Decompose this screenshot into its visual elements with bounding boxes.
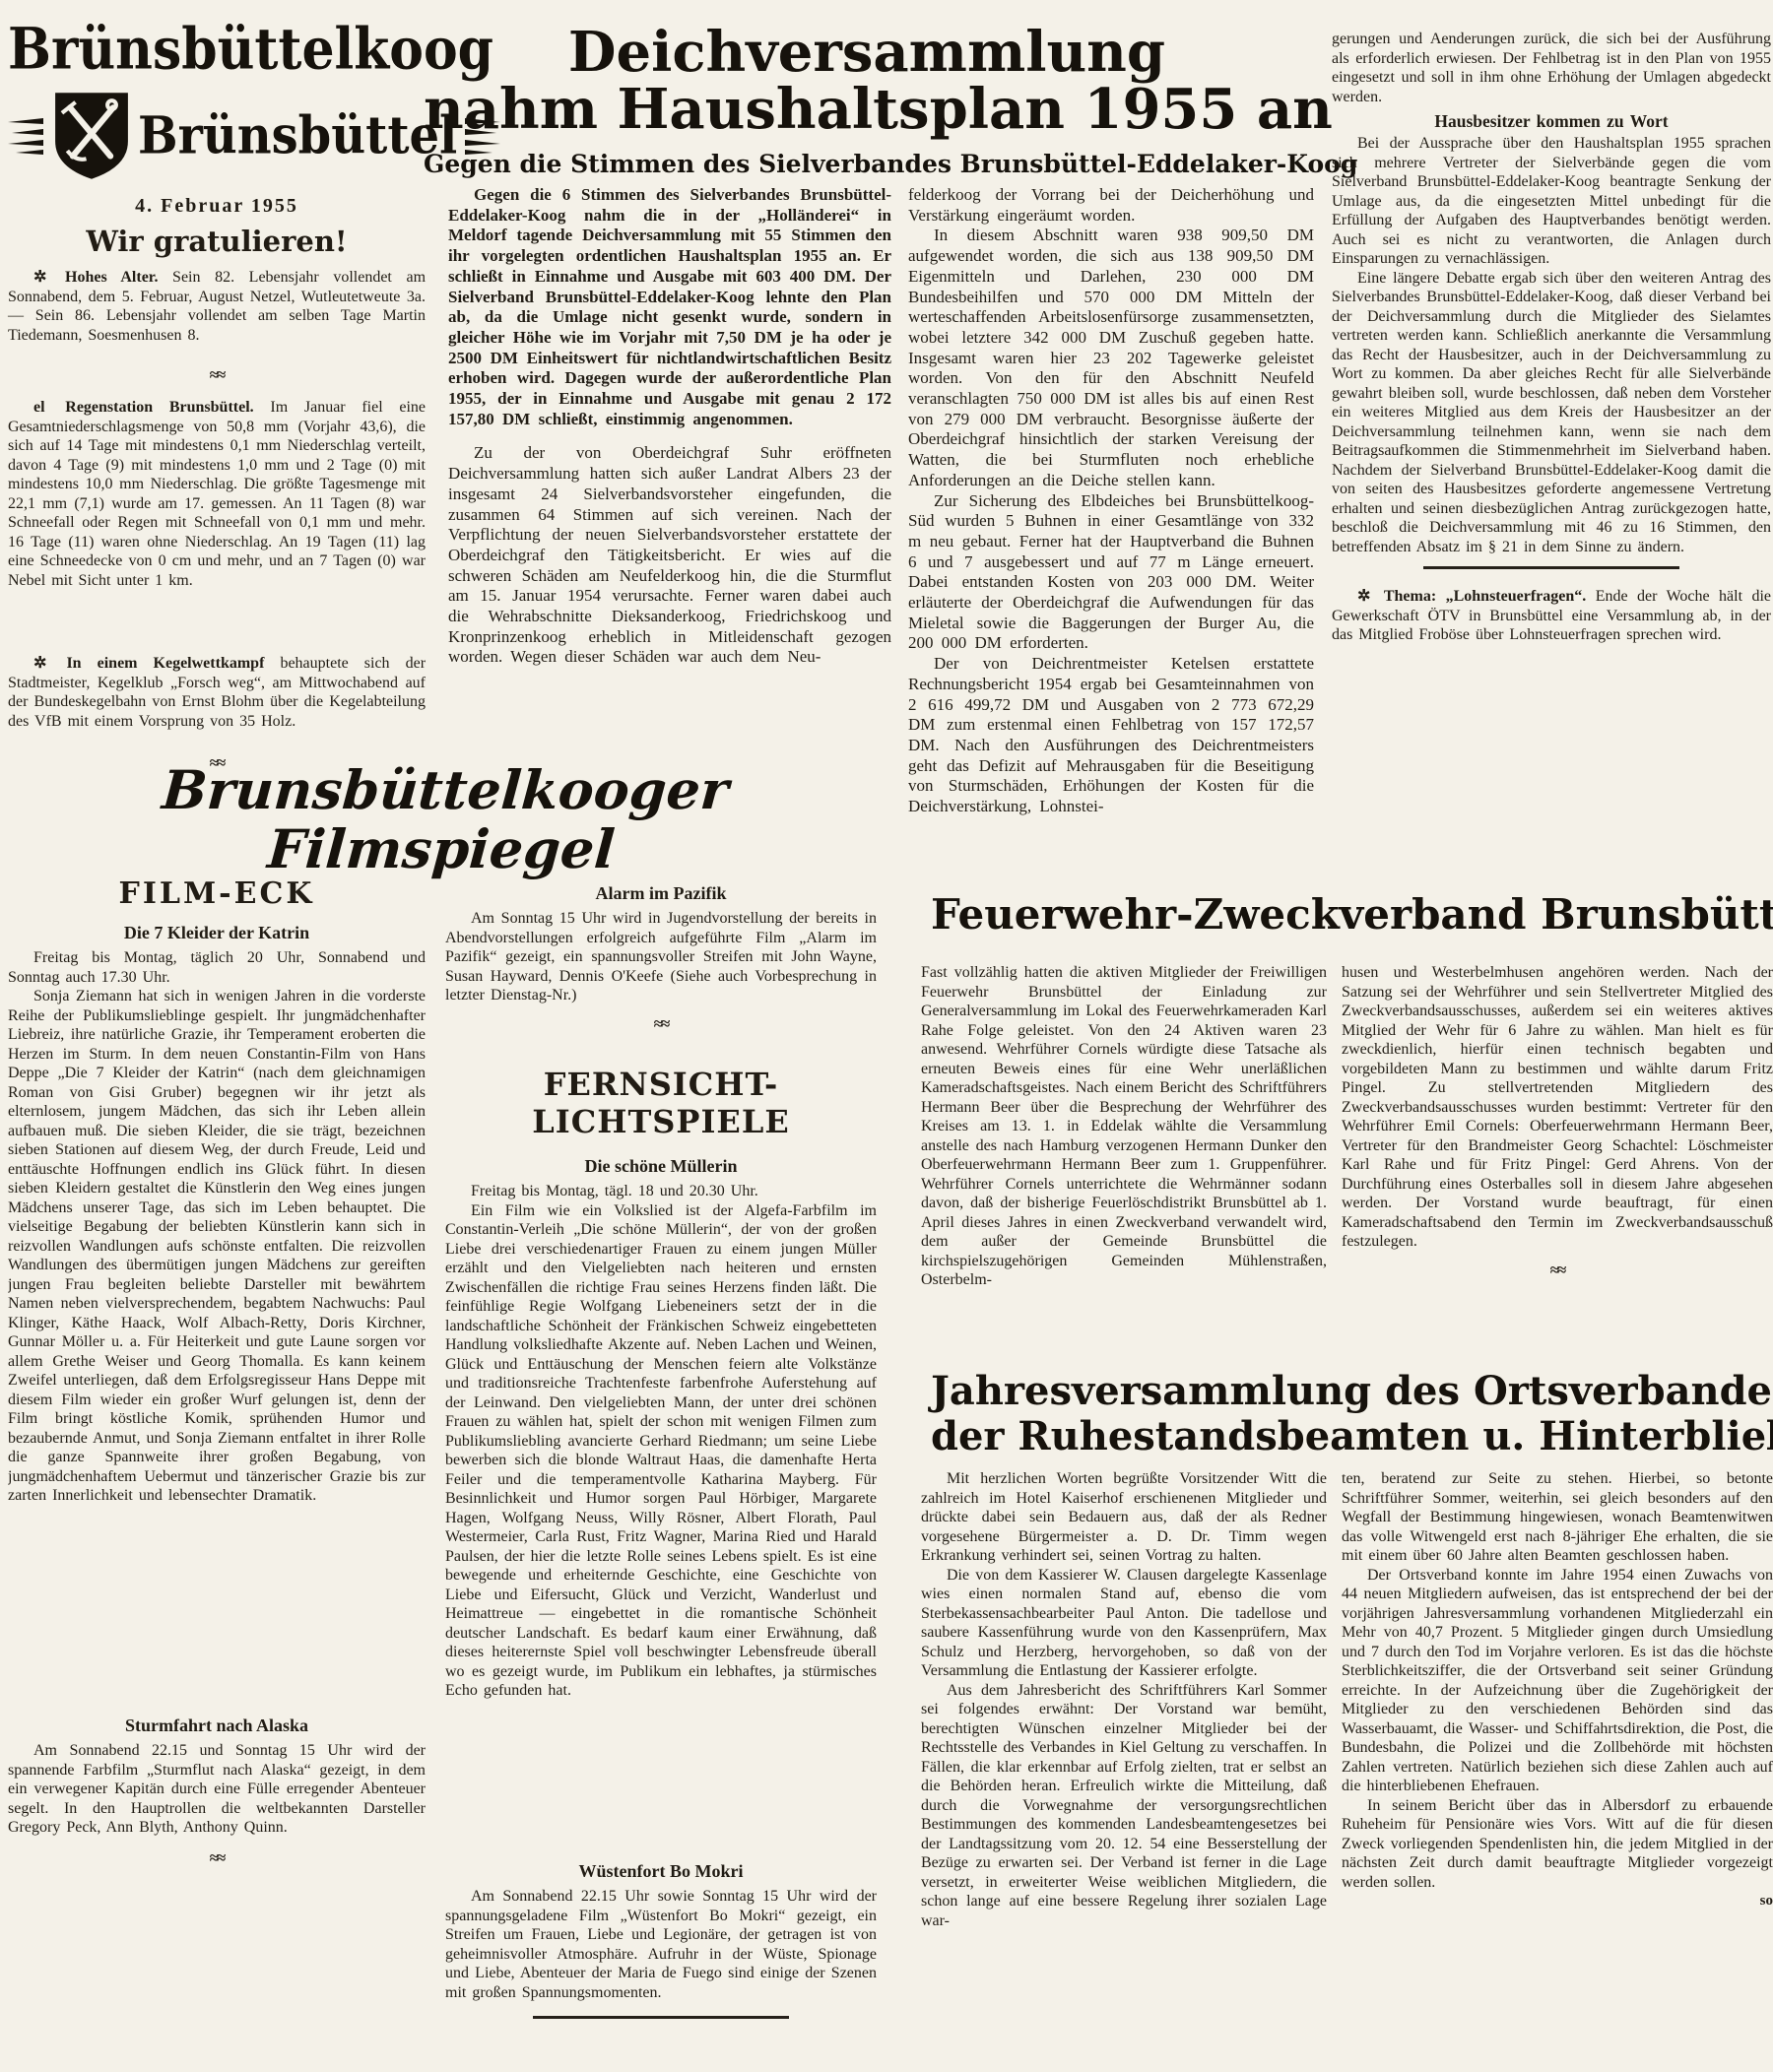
item-text: Im Januar fiel eine Gesamtniederschlagsm… <box>8 399 426 589</box>
deich-paragraph: In diesem Abschnitt waren 938 909,50 DM … <box>908 226 1314 490</box>
film-title-alaska: Sturmfahrt nach Alaska <box>8 1714 426 1737</box>
deich-headline-line1: Deichversammlung <box>424 24 1310 81</box>
film-review: Am Sonnabend 22.15 Uhr sowie Sonntag 15 … <box>445 1887 877 2002</box>
film-review: Am Sonnabend 22.15 und Sonntag 15 Uhr wi… <box>8 1741 426 1838</box>
jahres-headline-line2: der Ruhestandsbeamten u. Hinterbliebenen <box>931 1414 1773 1459</box>
item-lead: In einem Kegelwettkampf <box>66 655 264 672</box>
deich-article-header: Deichversammlung nahm Haushaltsplan 1955… <box>424 24 1310 179</box>
filmspiegel-title: Brunsbüttelkooger Filmspiegel <box>55 760 831 878</box>
film-title-muellerin: Die schöne Müllerin <box>445 1154 877 1178</box>
deich-subheadline: Gegen die Stimmen des Sielverbandes Brun… <box>424 150 1310 179</box>
page-continuation-mark: so <box>1342 1892 1773 1911</box>
speed-lines-left-icon <box>8 116 45 156</box>
lohnsteuer-item: ✲ Thema: „Lohnsteuerfragen“. Ende der Wo… <box>1332 587 1771 645</box>
film-review: Sonja Ziemann hat sich in wenigen Jahren… <box>8 987 426 1506</box>
issue-date: 4. Februar 1955 <box>8 195 426 218</box>
film-review: Am Sonntag 15 Uhr wird in Jugendvorstell… <box>445 909 877 1005</box>
item-star: el <box>33 399 49 416</box>
gratulieren-item-hohes-alter: ✲ Hohes Alter. Sein 82. Lebensjahr volle… <box>8 268 426 345</box>
masthead-title-line2: Brünsbüttel <box>138 105 457 166</box>
film-title-pazifik: Alarm im Pazifik <box>445 881 877 905</box>
jahres-headline: Jahresversammlung des Ortsverbandes der … <box>931 1369 1773 1459</box>
rule-divider <box>1423 566 1679 569</box>
item-star-icon: ✲ <box>33 655 50 672</box>
deich-paragraph: Eine längere Debatte ergab sich über den… <box>1332 269 1771 557</box>
deich-headline-line2: nahm Haushaltsplan 1955 an <box>424 81 1310 138</box>
wuestenfort-section: Wüstenfort Bo Mokri Am Sonnabend 22.15 U… <box>445 1859 877 2019</box>
jahres-headline-line1: Jahresversammlung des Ortsverbandes <box>931 1369 1773 1414</box>
rule-divider <box>533 2016 789 2019</box>
filmeck-section: FILM-ECK Die 7 Kleider der Katrin Freita… <box>8 876 426 1506</box>
alarm-pazifik-section: Alarm im Pazifik Am Sonntag 15 Uhr wird … <box>445 881 877 1031</box>
masthead-title-line1: Brünsbüttelkoog <box>8 18 426 82</box>
film-title-katrin: Die 7 Kleider der Katrin <box>8 921 426 944</box>
squiggle-divider: ≈≈ <box>445 1017 877 1031</box>
film-times: Freitag bis Montag, täglich 20 Uhr, Sonn… <box>8 948 426 987</box>
feuerwehr-column-1: Fast vollzählig hatten die aktiven Mitgl… <box>921 963 1327 1359</box>
filmeck-heading: FILM-ECK <box>8 876 426 911</box>
regenstation-item: el Regenstation Brunsbüttel. Im Januar f… <box>8 398 426 590</box>
item-lead: Thema: „Lohnsteuerfragen“. <box>1384 588 1586 605</box>
city-crest-icon <box>51 89 132 183</box>
jahres-paragraph: Der Ortsverband konnte im Jahre 1954 ein… <box>1342 1566 1773 1796</box>
film-title-bomokri: Wüstenfort Bo Mokri <box>445 1859 877 1883</box>
jahres-paragraph: Die von dem Kassierer W. Clausen dargele… <box>921 1566 1327 1681</box>
masthead: Brünsbüttelkoog <box>8 18 426 183</box>
deich-paragraph: Der von Deichrentmeister Ketelsen erstat… <box>908 654 1314 817</box>
gratulieren-heading: Wir gratulieren! <box>8 225 426 258</box>
jahres-paragraph: Aus dem Jahresbericht des Schriftführers… <box>921 1681 1327 1931</box>
deich-paragraph: gerungen und Aenderungen zurück, die sic… <box>1332 30 1771 106</box>
deich-column-3: gerungen und Aenderungen zurück, die sic… <box>1332 30 1771 878</box>
jahres-paragraph: In seinem Bericht über das in Albersdorf… <box>1342 1796 1773 1893</box>
jahres-paragraph: Mit herzlichen Worten begrüßte Vorsitzen… <box>921 1469 1327 1566</box>
jahres-column-1: Mit herzlichen Worten begrüßte Vorsitzen… <box>921 1469 1327 2066</box>
item-star-icon: ✲ <box>33 269 50 286</box>
deich-lead-paragraph: Gegen die 6 Stimmen des Sielverbandes Br… <box>448 185 891 429</box>
film-review: Ein Film wie ein Volkslied ist der Algef… <box>445 1201 877 1701</box>
item-star-icon: ✲ <box>1357 588 1374 605</box>
squiggle-divider: ≈≈ <box>8 368 426 382</box>
deich-paragraph: felderkoog der Vorrang bei der Deicherhö… <box>908 185 1314 226</box>
deich-column-2: felderkoog der Vorrang bei der Deicherhö… <box>908 185 1314 888</box>
item-lead: Regenstation Brunsbüttel. <box>65 399 253 416</box>
kegelwettkampf-item: ✲ In einem Kegelwettkampf behauptete sic… <box>8 654 426 731</box>
sturmfahrt-section: Sturmfahrt nach Alaska Am Sonnabend 22.1… <box>8 1714 426 1865</box>
jahres-column-2: ten, beratend zur Seite zu stehen. Hierb… <box>1342 1469 1773 2066</box>
feuerwehr-paragraph: Fast vollzählig hatten die aktiven Mitgl… <box>921 963 1327 1290</box>
deich-paragraph: Bei der Aussprache über den Haushaltspla… <box>1332 134 1771 269</box>
film-times: Freitag bis Montag, tägl. 18 und 20.30 U… <box>445 1182 877 1201</box>
jahres-paragraph: ten, beratend zur Seite zu stehen. Hierb… <box>1342 1469 1773 1566</box>
fernsicht-heading: FERNSICHT-LICHTSPIELE <box>445 1066 877 1140</box>
feuerwehr-headline: Feuerwehr-Zweckverband Brunsbüttel <box>931 892 1773 938</box>
squiggle-divider: ≈≈ <box>8 1851 426 1865</box>
feuerwehr-column-2: husen und Westerbelmhusen angehören werd… <box>1342 963 1773 1359</box>
squiggle-divider: ≈≈ <box>1342 1263 1773 1277</box>
deich-paragraph: Zur Sicherung des Elbdeiches bei Brunsbü… <box>908 491 1314 655</box>
fernsicht-section: FERNSICHT-LICHTSPIELE Die schöne Mülleri… <box>445 1066 877 1701</box>
item-lead: Hohes Alter. <box>65 269 158 286</box>
hausbesitzer-subhead: Hausbesitzer kommen zu Wort <box>1332 110 1771 132</box>
deich-paragraph: Zu der von Oberdeichgraf Suhr eröffneten… <box>448 443 891 668</box>
feuerwehr-paragraph: husen und Westerbelmhusen angehören werd… <box>1342 963 1773 1252</box>
